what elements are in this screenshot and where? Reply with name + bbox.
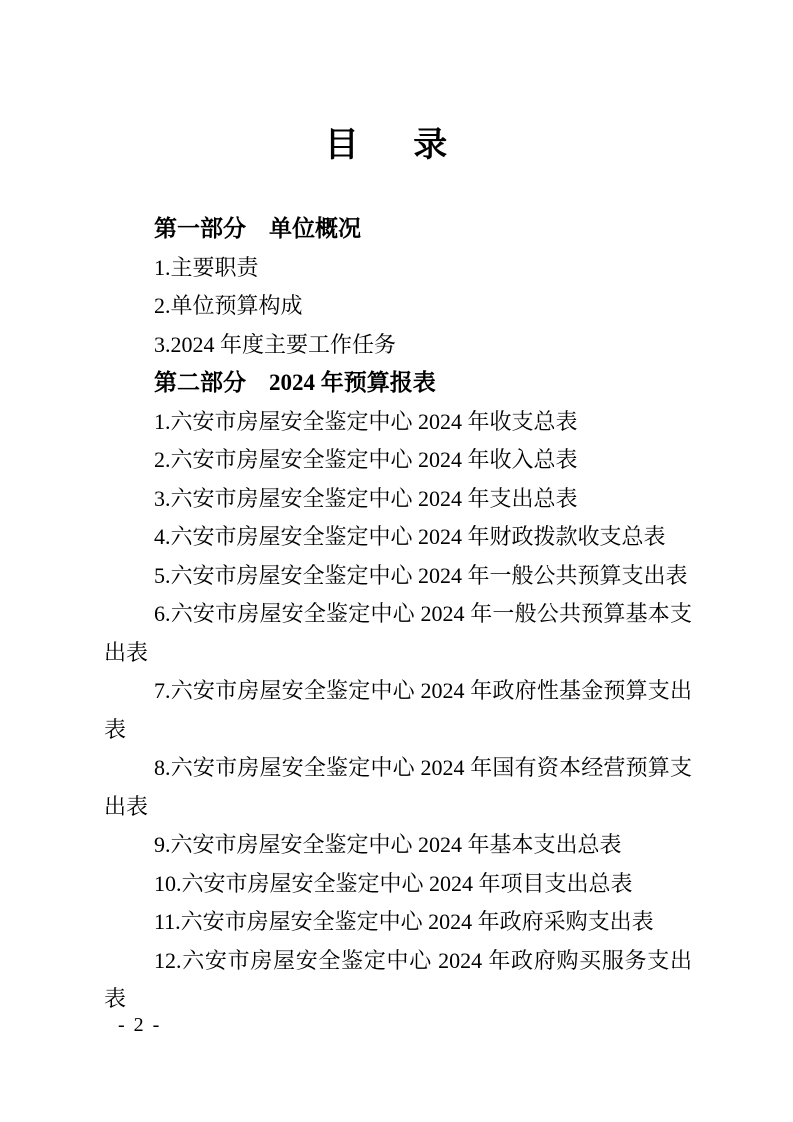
- toc-item: 1.主要职责: [104, 249, 692, 288]
- toc-item: 10.六安市房屋安全鉴定中心 2024 年项目支出总表: [104, 865, 692, 904]
- document-page: 目 录 第一部分 单位概况 1.主要职责 2.单位预算构成 3.2024 年度主…: [0, 0, 793, 1122]
- page-title: 目 录: [0, 126, 773, 166]
- toc-item: 4.六安市房屋安全鉴定中心 2024 年财政拨款收支总表: [104, 518, 692, 557]
- section-heading-part2: 第二部分 2024 年预算报表: [104, 364, 692, 403]
- toc-item: 9.六安市房屋安全鉴定中心 2024 年基本支出总表: [104, 826, 692, 865]
- toc-item: 8.六安市房屋安全鉴定中心 2024 年国有资本经营预算支出表: [104, 749, 692, 826]
- page-number: - 2 -: [118, 1012, 161, 1038]
- toc-item: 3.2024 年度主要工作任务: [104, 326, 692, 365]
- toc-item: 12.六安市房屋安全鉴定中心 2024 年政府购买服务支出表: [104, 942, 692, 1019]
- table-of-contents: 第一部分 单位概况 1.主要职责 2.单位预算构成 3.2024 年度主要工作任…: [104, 210, 692, 1019]
- toc-item: 1.六安市房屋安全鉴定中心 2024 年收支总表: [104, 403, 692, 442]
- toc-item: 3.六安市房屋安全鉴定中心 2024 年支出总表: [104, 480, 692, 519]
- toc-item: 5.六安市房屋安全鉴定中心 2024 年一般公共预算支出表: [104, 557, 692, 596]
- section-heading-part1: 第一部分 单位概况: [104, 210, 692, 249]
- toc-item: 6.六安市房屋安全鉴定中心 2024 年一般公共预算基本支出表: [104, 595, 692, 672]
- toc-item: 2.单位预算构成: [104, 287, 692, 326]
- toc-item: 2.六安市房屋安全鉴定中心 2024 年收入总表: [104, 441, 692, 480]
- toc-item: 7.六安市房屋安全鉴定中心 2024 年政府性基金预算支出表: [104, 672, 692, 749]
- toc-item: 11.六安市房屋安全鉴定中心 2024 年政府采购支出表: [104, 903, 692, 942]
